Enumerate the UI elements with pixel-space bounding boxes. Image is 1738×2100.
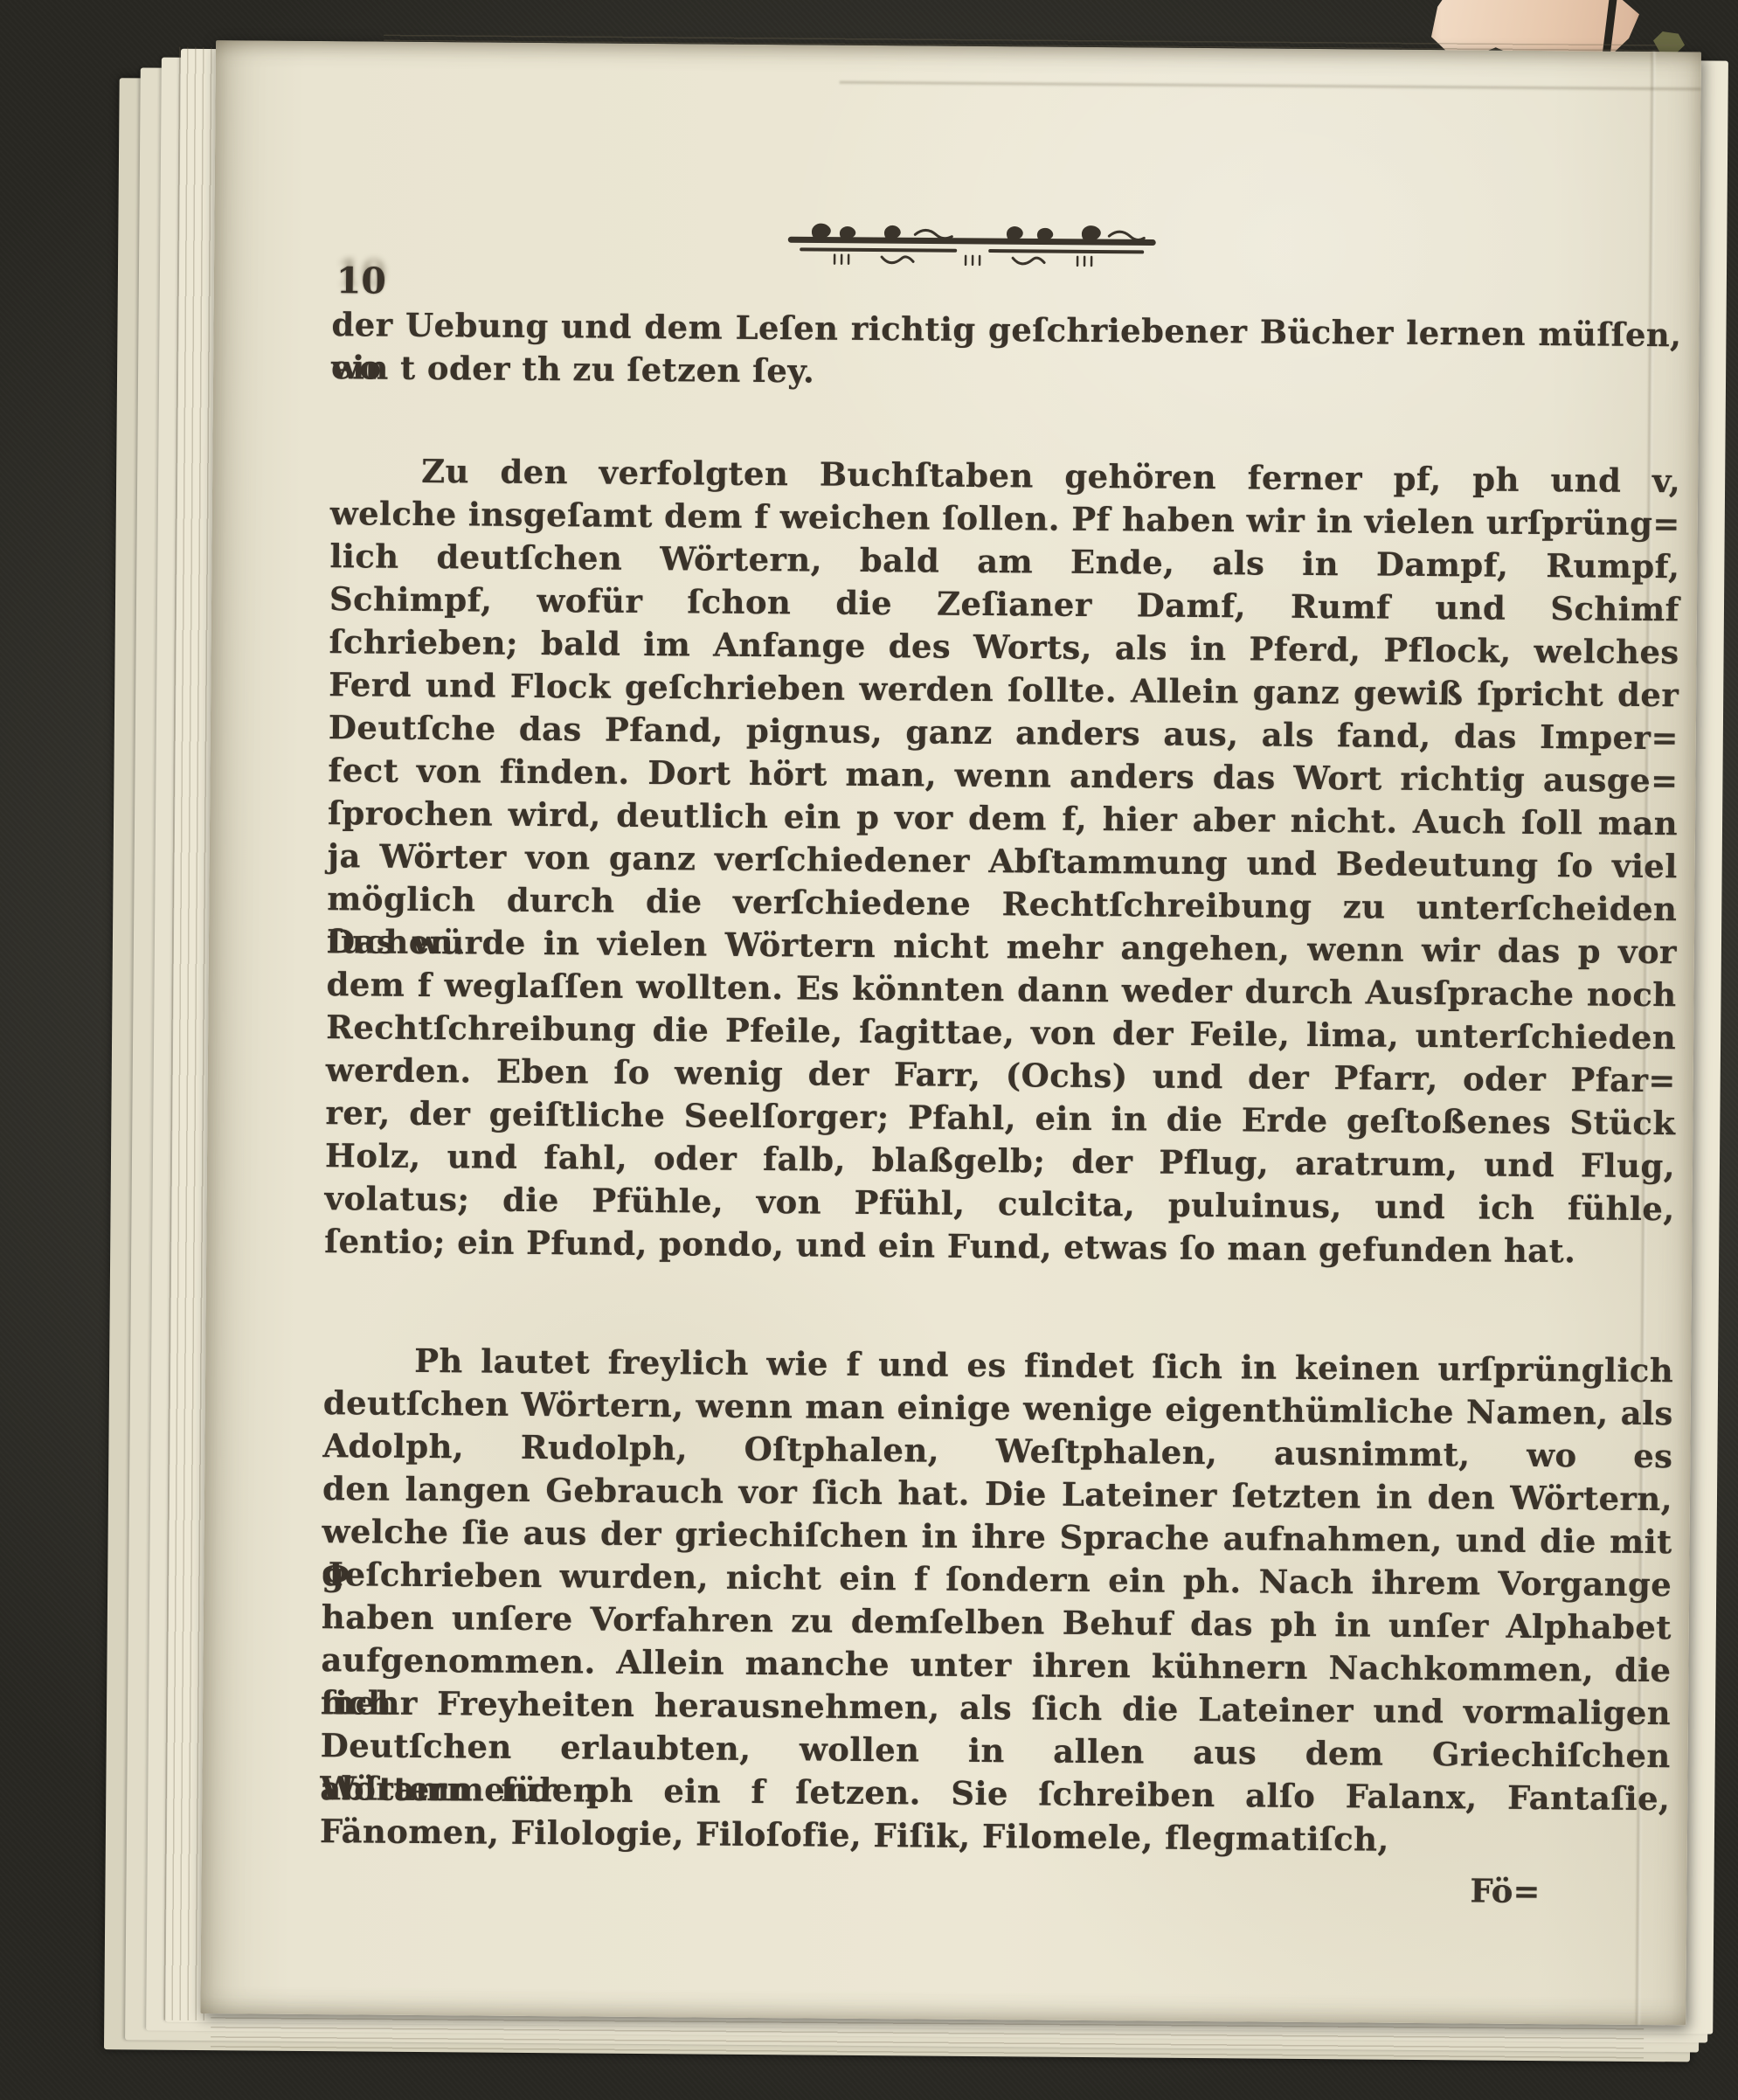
photo-backdrop: 10: [0, 0, 1738, 2100]
page-number: 10: [336, 261, 386, 300]
head-ornament: [784, 216, 1160, 269]
book-page: 10: [200, 40, 1701, 2025]
paragraph: Zu den verfolgten Buchſtaben gehören fer…: [324, 449, 1680, 1273]
book-page-stack: 10: [0, 0, 1738, 2100]
catchword: Fö=: [319, 1861, 1669, 1914]
paragraph: der Uebung und dem Leſen richtig geſchri…: [331, 303, 1682, 399]
page-crease: [840, 80, 1701, 92]
paragraph: Ph lautet freylich wie f und es findet ſ…: [320, 1339, 1674, 1863]
